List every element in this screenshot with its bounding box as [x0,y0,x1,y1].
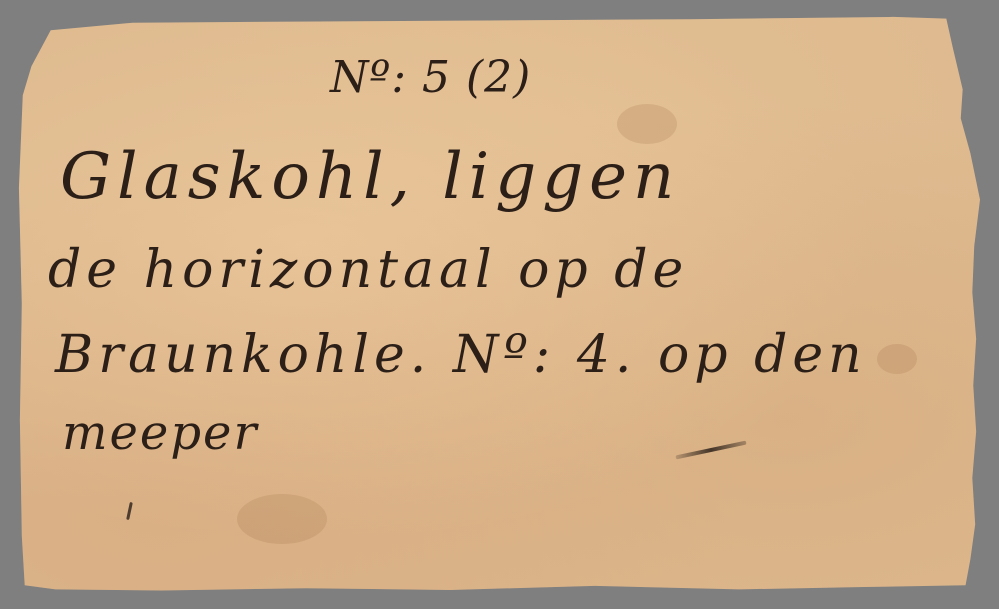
paper-stain [877,344,917,374]
label-number: Nº: 5 (2) [330,52,531,103]
paper-stain [617,104,677,144]
paper-stain [237,494,327,544]
handwritten-line-1: Glaskohl, liggen [60,140,680,214]
handwritten-line-4: meeper [62,405,258,461]
handwritten-line-3: Braunkohle. Nº: 4. op den [55,325,867,385]
handwritten-line-2: de horizontaal op de [48,240,688,300]
